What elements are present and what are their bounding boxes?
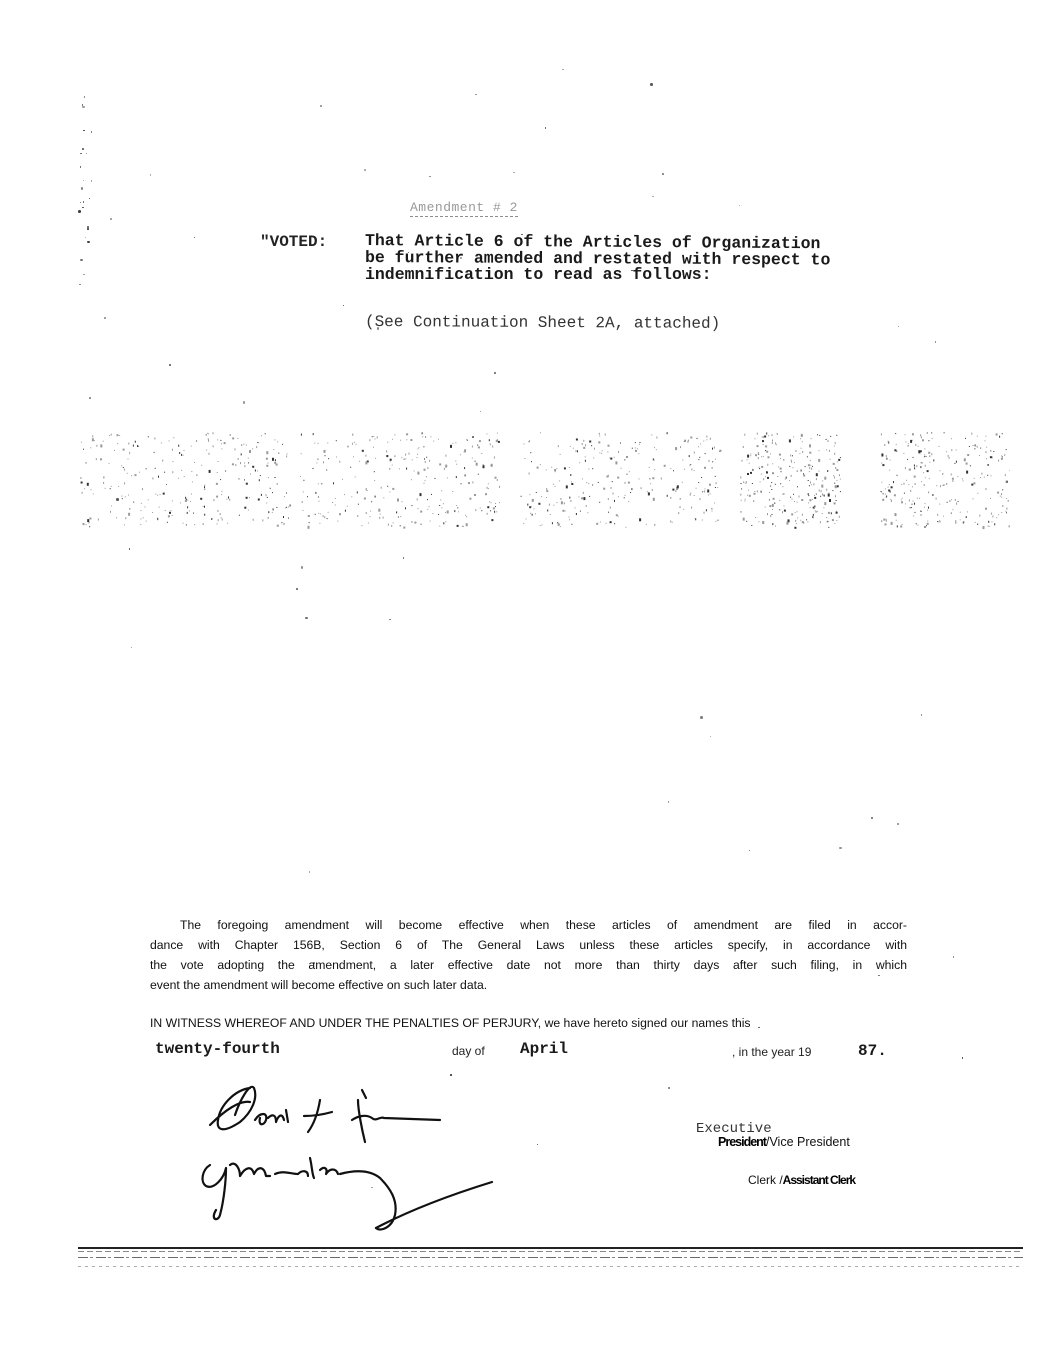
date-day-of-label: day of: [452, 1044, 485, 1058]
paragraph-line: The foregoing amendment will become effe…: [150, 915, 907, 935]
date-year-label: , in the year 19: [732, 1045, 811, 1059]
signer-2-title: Clerk /Assistant Clerk: [748, 1173, 855, 1187]
paragraph-line: the vote adopting the amendment, a later…: [150, 955, 907, 975]
paragraph-line: event the amendment will become effectiv…: [150, 975, 907, 995]
resolution-line: indemnification to read as follows:: [365, 266, 925, 283]
handwritten-signatures: [180, 1070, 520, 1240]
continuation-sheet-note: (See Continuation Sheet 2A, attached): [365, 313, 720, 333]
signer-2-title-struck: Assistant Clerk: [783, 1173, 855, 1187]
signer-1-title-struck: President: [718, 1135, 766, 1149]
effective-date-paragraph: The foregoing amendment will become effe…: [150, 915, 910, 995]
witness-statement: IN WITNESS WHEREOF AND UNDER THE PENALTI…: [150, 1016, 910, 1030]
bottom-rule-lines: [78, 1245, 1023, 1275]
signer-2-title-text: Clerk /: [748, 1173, 783, 1187]
signer-1-title: President/Vice President: [718, 1135, 850, 1149]
voted-label: "VOTED:: [260, 233, 327, 251]
resolution-line: be further amended and restated with res…: [365, 249, 925, 269]
date-year-suffix: 87.: [858, 1042, 887, 1060]
document-page: Amendment # 2 "VOTED: That Article 6 of …: [0, 0, 1057, 1365]
voted-resolution-text: That Article 6 of the Articles of Organi…: [365, 232, 925, 283]
scan-noise-band: [80, 432, 1010, 532]
rule-line: [78, 1247, 1023, 1249]
date-month: April: [520, 1040, 568, 1058]
rule-line: [78, 1266, 1023, 1267]
amendment-heading: Amendment # 2: [410, 200, 518, 217]
date-day: twenty-fourth: [155, 1040, 280, 1058]
signer-1-title-text: /Vice President: [766, 1135, 850, 1149]
rule-line: [78, 1251, 1023, 1252]
rule-line: [78, 1257, 1023, 1258]
paragraph-line: dance with Chapter 156B, Section 6 of Th…: [150, 935, 907, 955]
